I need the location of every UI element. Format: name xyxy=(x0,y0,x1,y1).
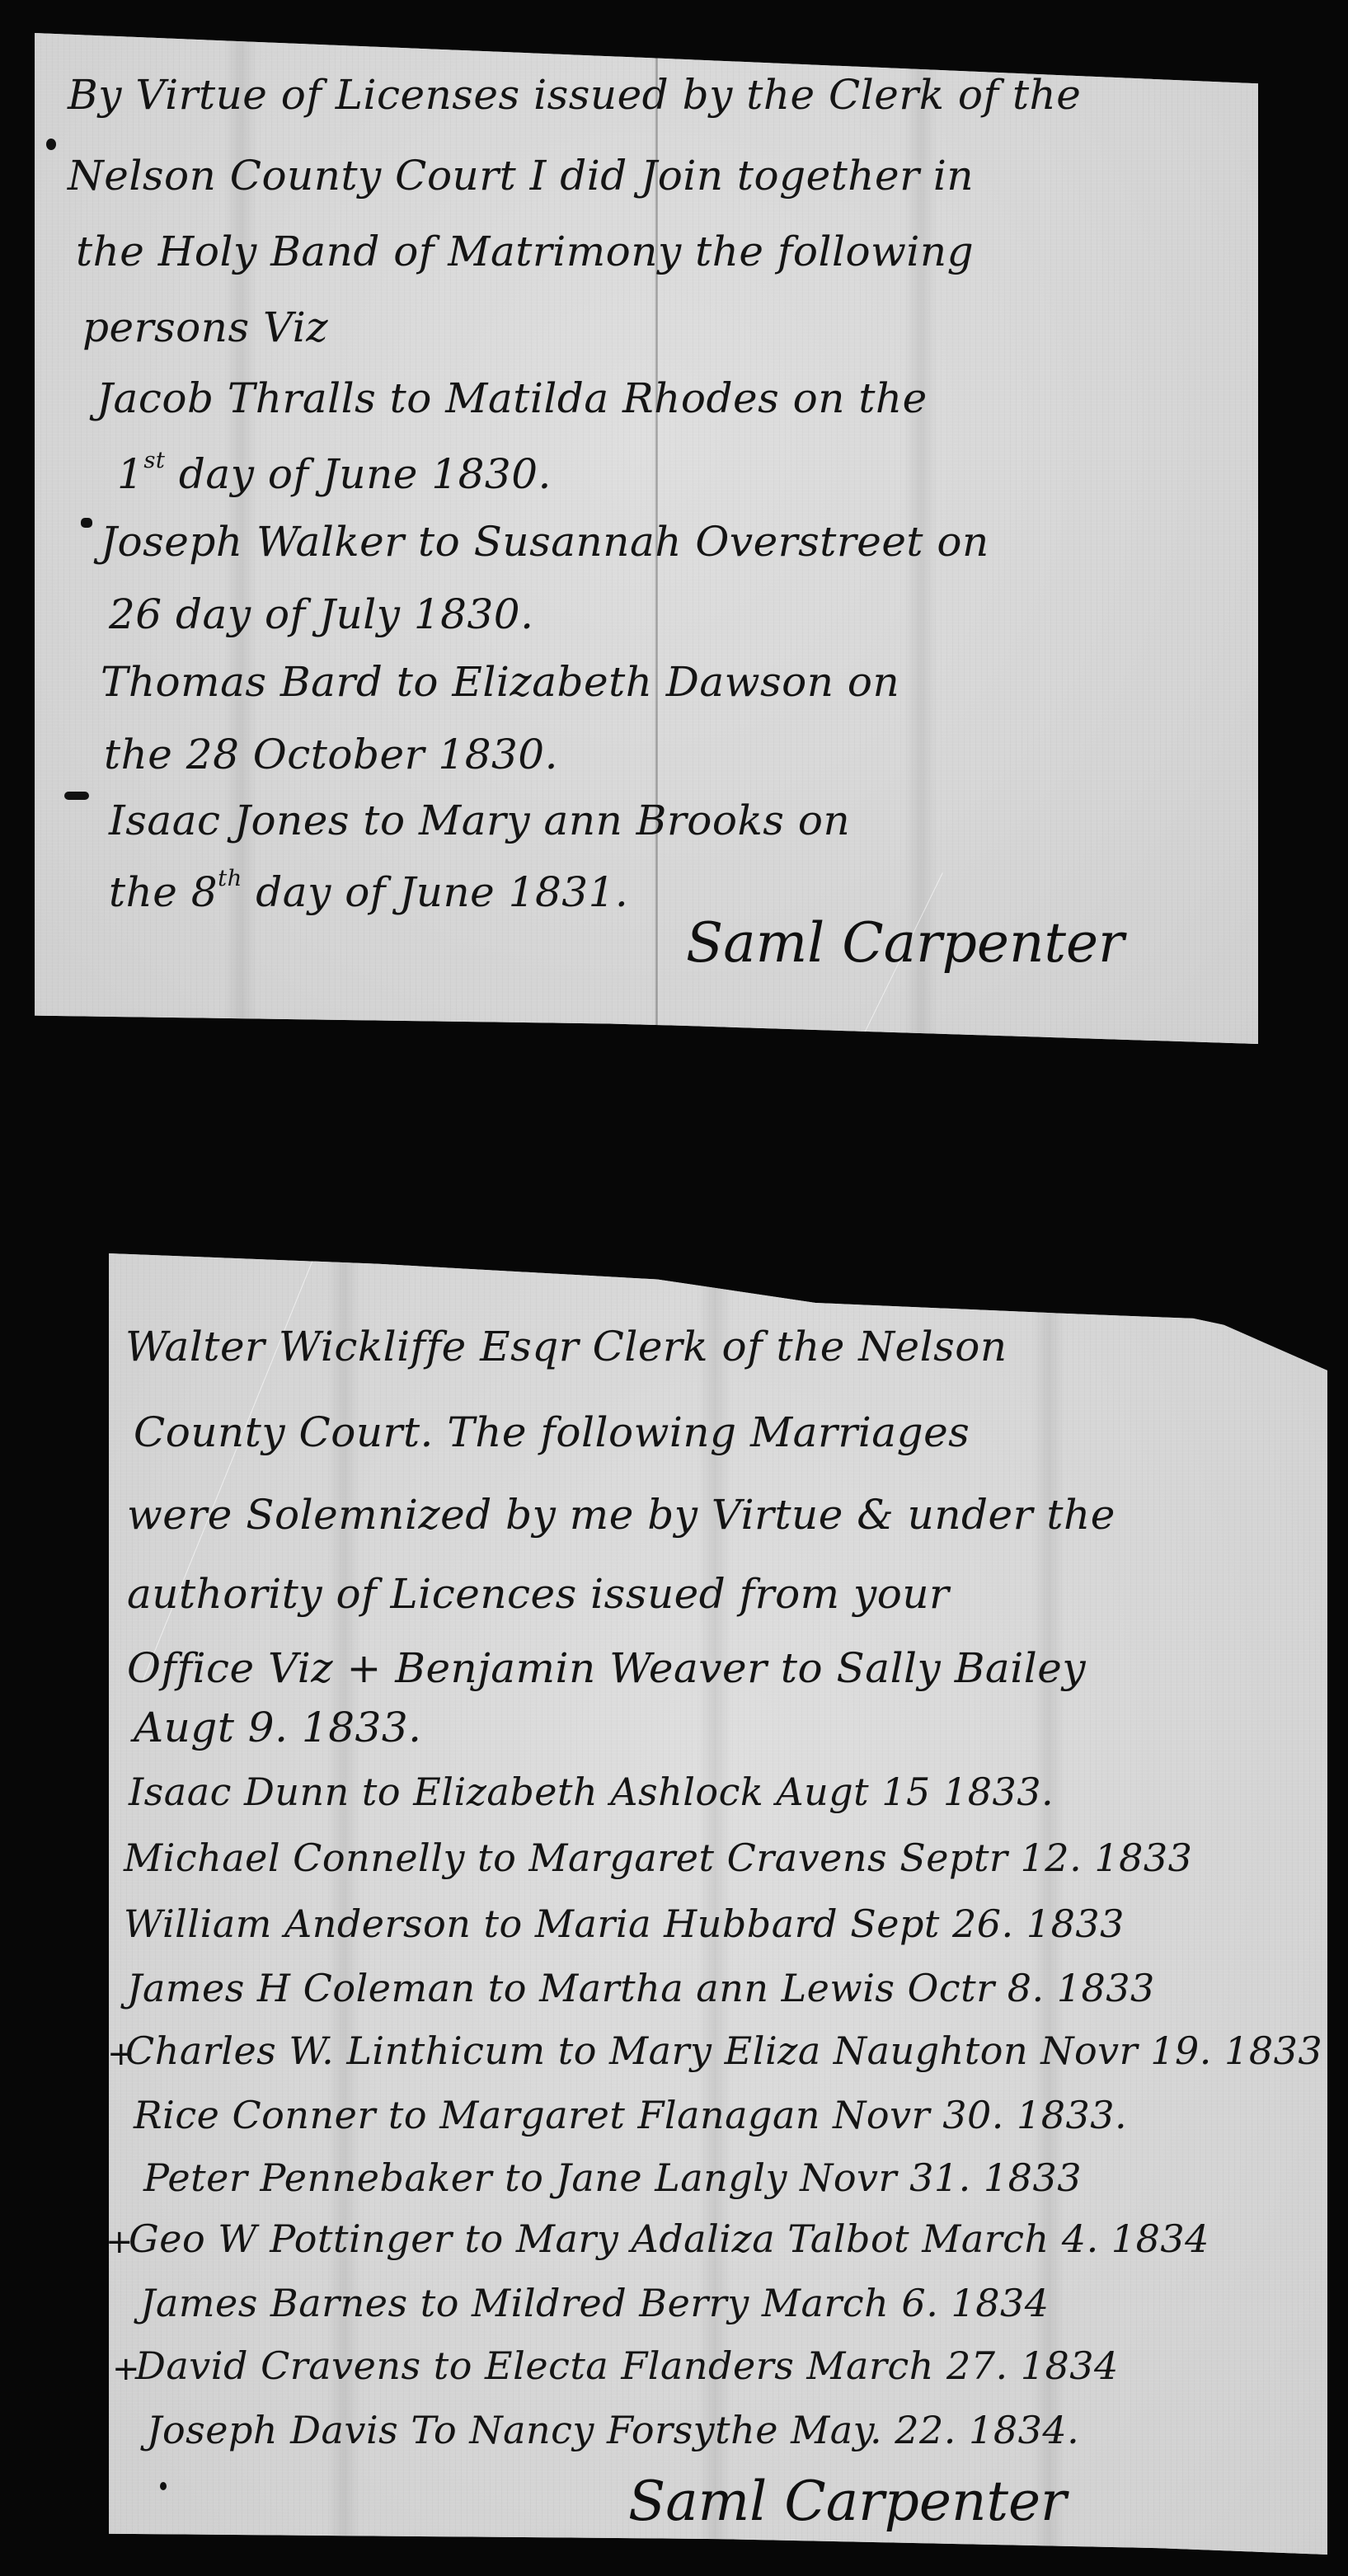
preamble-line-1: By Virtue of Licenses issued by the Cler… xyxy=(68,74,1081,115)
entry-names: Jacob Thralls to Matilda Rhodes on the xyxy=(96,378,928,419)
preamble-line-4: authority of Licences issued from your xyxy=(127,1573,949,1615)
entry-date: 26 day of July 1830. xyxy=(109,594,534,635)
marriage-entry: James Barnes to Mildred Berry March 6. 1… xyxy=(140,2284,1050,2322)
preamble-line-5: Office Viz + Benjamin Weaver to Sally Ba… xyxy=(127,1648,1086,1689)
document-page-2: Walter Wickliffe Esqr Clerk of the Nelso… xyxy=(109,1253,1327,2555)
marriage-entry: Isaac Dunn to Elizabeth Ashlock Augt 15 … xyxy=(129,1773,1054,1811)
preamble-line-2: County Court. The following Marriages xyxy=(134,1412,970,1453)
ink-blot xyxy=(46,139,56,150)
entry-names: Isaac Jones to Mary ann Brooks on xyxy=(109,800,850,841)
marriage-entry: Joseph Davis To Nancy Forsythe May. 22. … xyxy=(147,2411,1079,2449)
signature: Saml Carpenter xyxy=(628,2470,1067,2533)
preamble-line-1: Walter Wickliffe Esqr Clerk of the Nelso… xyxy=(125,1326,1007,1367)
preamble-line-6: Augt 9. 1833. xyxy=(134,1707,422,1748)
margin-mark xyxy=(64,792,89,800)
marriage-entry: Geo W Pottinger to Mary Adaliza Talbot M… xyxy=(129,2220,1209,2258)
entry-names: Joseph Walker to Susannah Overstreet on xyxy=(101,521,989,562)
marriage-entry: Michael Connelly to Margaret Cravens Sep… xyxy=(124,1839,1192,1877)
ink-dot xyxy=(160,2482,167,2490)
entry-date: the 8th day of June 1831. xyxy=(109,867,628,913)
entry-names: Thomas Bard to Elizabeth Dawson on xyxy=(101,661,899,703)
marriage-entry: David Cravens to Electa Flanders March 2… xyxy=(135,2347,1119,2385)
preamble-line-3: the Holy Band of Matrimony the following xyxy=(76,231,974,272)
marriage-entry: William Anderson to Maria Hubbard Sept 2… xyxy=(124,1905,1125,1943)
marriage-entry: Peter Pennebaker to Jane Langly Novr 31.… xyxy=(143,2159,1082,2197)
folded-corner xyxy=(1253,1253,1327,1377)
signature: Saml Carpenter xyxy=(686,911,1125,975)
margin-mark xyxy=(81,518,92,528)
marriage-entry: Charles W. Linthicum to Mary Eliza Naugh… xyxy=(125,2032,1322,2070)
entry-date: the 28 October 1830. xyxy=(104,734,558,775)
marriage-entry: James H Coleman to Martha ann Lewis Octr… xyxy=(127,1969,1155,2007)
entry-date: 1st day of June 1830. xyxy=(117,449,552,495)
document-page-1: By Virtue of Licenses issued by the Cler… xyxy=(35,33,1258,1044)
preamble-line-3: were Solemnized by me by Virtue & under … xyxy=(127,1494,1116,1535)
film-scratch xyxy=(142,1254,316,1683)
marriage-entry: Rice Conner to Margaret Flanagan Novr 30… xyxy=(134,2096,1127,2134)
preamble-line-2: Nelson County Court I did Join together … xyxy=(68,155,974,196)
preamble-line-4: persons Viz xyxy=(82,307,328,348)
